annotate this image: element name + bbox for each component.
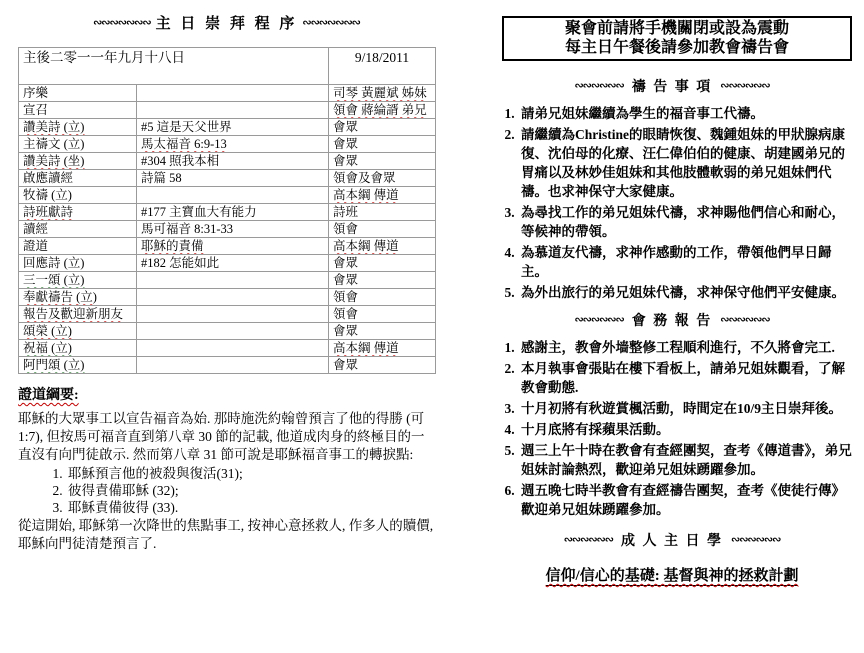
table-row: 宣召領會 蔣綸諝 弟兄: [19, 102, 436, 119]
worship-table-body: 序樂司琴 黃麗斌 姊妹宣召領會 蔣綸諝 弟兄讚美詩 (立)#5 這是天父世界會眾…: [19, 85, 436, 374]
announcement-items-list: 感謝主，教會外墙整修工程順利進行，不久將會完工.本月執事會張貼在樓下看板上，請弟…: [490, 338, 854, 519]
sermon-paragraph: 耶穌的大眾事工以宣告福音為始. 那時施洗約翰曾預言了他的得勝 (可 1:7), …: [18, 410, 435, 464]
table-cell: 馬太福音 6:9-13: [137, 136, 329, 153]
notice-line-2: 每主日午餐後請參加教會禱告會: [508, 38, 846, 57]
table-cell: 會眾: [329, 255, 436, 272]
chain-ornament-icon: ∾∾∾∾∾∾: [731, 533, 780, 546]
table-cell: [137, 357, 329, 374]
table-cell: 會眾: [329, 153, 436, 170]
table-cell: [137, 85, 329, 102]
table-cell: 會眾: [329, 119, 436, 136]
table-row: 詩班獻詩#177 主寶血大有能力詩班: [19, 204, 436, 221]
table-cell: 會眾: [329, 323, 436, 340]
table-cell: #182 怎能如此: [137, 255, 329, 272]
sunday-school-topic-underline: 信仰/信心的基礎: 基督與神的拯救計劃: [546, 568, 799, 586]
list-item: 週五晚七時半教會有查經禱告團契，查考《使徒行傳》歡迎弟兄姐妹踴躍參加。: [518, 481, 854, 519]
list-item: 感謝主，教會外墙整修工程順利進行，不久將會完工.: [518, 338, 854, 357]
list-item: 耶穌責備彼得 (33).: [66, 499, 435, 516]
table-cell: 詩班: [329, 204, 436, 221]
table-cell: 會眾: [329, 136, 436, 153]
announcements-section-title: 會 務 報 告: [632, 314, 713, 329]
table-row: 回應詩 (立)#182 怎能如此會眾: [19, 255, 436, 272]
sunday-school-topic: 信仰/信心的基礎: 基督與神的拯救計劃: [490, 564, 854, 585]
table-cell: 領會: [329, 221, 436, 238]
list-item: 十月初將有秋遊賞楓活動，時間定在10/9主日崇拜後。: [518, 399, 854, 418]
table-cell: 馬可福音 8:31-33: [137, 221, 329, 238]
worship-program-table: 主後二零一一年九月十八日 9/18/2011 序樂司琴 黃麗斌 姊妹宣召領會 蔣…: [18, 47, 436, 374]
service-date-en: 9/18/2011: [329, 48, 436, 85]
right-column: 聚會前請將手機關閉或設為震動 每主日午餐後請參加教會禱告會 ∾∾∾∾∾∾禱 告 …: [490, 12, 854, 585]
table-row: 阿門頌 (立)會眾: [19, 357, 436, 374]
left-column: ∾∾∾∾∾∾∾主 日 崇 拜 程 序∾∾∾∾∾∾∾ 主後二零一一年九月十八日 9…: [18, 12, 435, 553]
page-title: ∾∾∾∾∾∾∾主 日 崇 拜 程 序∾∾∾∾∾∾∾: [18, 12, 435, 33]
table-row: 祝福 (立)高本綱 傳道: [19, 340, 436, 357]
table-cell: [137, 340, 329, 357]
table-cell: 讚美詩 (立): [19, 119, 137, 136]
table-cell: 領會: [329, 306, 436, 323]
table-cell: [137, 187, 329, 204]
table-cell: [137, 272, 329, 289]
table-row: 牧禱 (立)高本綱 傳道: [19, 187, 436, 204]
table-cell: 序樂: [19, 85, 137, 102]
table-cell: 耶穌的責備: [137, 238, 329, 255]
table-cell: #177 主寶血大有能力: [137, 204, 329, 221]
table-row: 主禱文 (立)馬太福音 6:9-13會眾: [19, 136, 436, 153]
table-cell: 領會: [329, 289, 436, 306]
table-row: 讀經馬可福音 8:31-33領會: [19, 221, 436, 238]
table-cell: 讚美詩 (坐): [19, 153, 137, 170]
table-cell: 會眾: [329, 272, 436, 289]
table-cell: 頌榮 (立): [19, 323, 137, 340]
chain-ornament-icon: ∾∾∾∾∾∾: [564, 533, 613, 546]
table-cell: 三一頌 (立): [19, 272, 137, 289]
announcements-section-header: ∾∾∾∾∾∾會 務 報 告∾∾∾∾∾∾: [490, 310, 854, 330]
sunday-school-topic-text: 信仰/信心的基礎: 基督與神的拯救計劃: [546, 568, 799, 584]
table-row: 啟應讀經詩篇 58領會及會眾: [19, 170, 436, 187]
table-cell: 奉獻禱告 (立): [19, 289, 137, 306]
table-cell: 司琴 黃麗斌 姊妹: [329, 85, 436, 102]
table-cell: 詩篇 58: [137, 170, 329, 187]
table-cell: 回應詩 (立): [19, 255, 137, 272]
sermon-closing-paragraph: 從這開始, 耶穌第一次降世的焦點事工, 按神心意拯救人, 作多人的贖價, 耶穌向…: [18, 517, 435, 553]
chain-ornament-icon: ∾∾∾∾∾∾: [574, 79, 623, 92]
table-row: 讚美詩 (坐)#304 照我本相會眾: [19, 153, 436, 170]
list-item: 耶穌預言他的被殺與復活(31);: [66, 465, 435, 482]
table-cell: #304 照我本相: [137, 153, 329, 170]
list-item: 彼得責備耶穌 (32);: [66, 482, 435, 499]
notice-box: 聚會前請將手機關閉或設為震動 每主日午餐後請參加教會禱告會: [502, 16, 852, 61]
list-item: 為尋找工作的弟兄姐妹代禱，求神賜他們信心和耐心，等候神的帶領。: [518, 203, 854, 241]
table-cell: 領會 蔣綸諝 弟兄: [329, 102, 436, 119]
table-cell: [137, 323, 329, 340]
chain-ornament-icon: ∾∾∾∾∾∾: [720, 79, 769, 92]
table-cell: 讀經: [19, 221, 137, 238]
table-cell: 報告及歡迎新朋友: [19, 306, 137, 323]
bulletin-page: { "left": { "title": { "ornament": "∾∾∾∾…: [0, 0, 864, 653]
prayer-items-list: 請弟兄姐妹繼續為學生的福音事工代禱。請繼續為Christine的眼睛恢復、魏鍾姐…: [490, 104, 854, 302]
list-item: 十月底將有採蘋果活動。: [518, 420, 854, 439]
table-row: 讚美詩 (立)#5 這是天父世界會眾: [19, 119, 436, 136]
table-cell: 啟應讀經: [19, 170, 137, 187]
table-row: 奉獻禱告 (立)領會: [19, 289, 436, 306]
page-title-text: 主 日 崇 拜 程 序: [156, 16, 298, 32]
table-row: 報告及歡迎新朋友領會: [19, 306, 436, 323]
sermon-outline-heading-text: 證道綱要:: [18, 388, 79, 403]
notice-line-1: 聚會前請將手機關閉或設為震動: [508, 19, 846, 38]
table-cell: 證道: [19, 238, 137, 255]
prayer-section-title: 禱 告 事 項: [632, 80, 713, 95]
table-cell: 牧禱 (立): [19, 187, 137, 204]
list-item: 請繼續為Christine的眼睛恢復、魏鍾姐妹的甲狀腺病康復、沈伯母的化療、汪仁…: [518, 125, 854, 201]
table-cell: 會眾: [329, 357, 436, 374]
table-row: 頌榮 (立)會眾: [19, 323, 436, 340]
table-cell: 宣召: [19, 102, 137, 119]
chain-ornament-icon: ∾∾∾∾∾∾: [720, 313, 769, 326]
table-row: 三一頌 (立)會眾: [19, 272, 436, 289]
table-cell: 領會及會眾: [329, 170, 436, 187]
chain-ornament-icon: ∾∾∾∾∾∾∾: [93, 16, 151, 29]
table-cell: #5 這是天父世界: [137, 119, 329, 136]
table-cell: 高本綱 傳道: [329, 340, 436, 357]
table-cell: [137, 102, 329, 119]
chain-ornament-icon: ∾∾∾∾∾∾∾: [302, 16, 360, 29]
table-cell: 高本綱 傳道: [329, 187, 436, 204]
table-cell: 高本綱 傳道: [329, 238, 436, 255]
sunday-school-section-title: 成 人 主 日 學: [621, 534, 723, 549]
list-item: 為外出旅行的弟兄姐妹代禱，求神保守他們平安健康。: [518, 283, 854, 302]
table-cell: [137, 289, 329, 306]
table-row-date: 主後二零一一年九月十八日 9/18/2011: [19, 48, 436, 85]
sermon-outline-heading: 證道綱要:: [18, 384, 435, 404]
table-cell: [137, 306, 329, 323]
list-item: 本月執事會張貼在樓下看板上，請弟兄姐妹觀看，了解教會動態.: [518, 359, 854, 397]
prayer-section-header: ∾∾∾∾∾∾禱 告 事 項∾∾∾∾∾∾: [490, 76, 854, 96]
table-cell: 主禱文 (立): [19, 136, 137, 153]
table-row: 序樂司琴 黃麗斌 姊妹: [19, 85, 436, 102]
table-cell: 祝福 (立): [19, 340, 137, 357]
service-date-zh: 主後二零一一年九月十八日: [19, 48, 329, 85]
list-item: 週三上午十時在教會有查經團契，查考《傳道書》，弟兄姐妹討論熱烈，歡迎弟兄姐妹踴躍…: [518, 441, 854, 479]
table-cell: 詩班獻詩: [19, 204, 137, 221]
sermon-points-list: 耶穌預言他的被殺與復活(31);彼得責備耶穌 (32);耶穌責備彼得 (33).: [18, 465, 435, 516]
sunday-school-section-header: ∾∾∾∾∾∾成 人 主 日 學∾∾∾∾∾∾: [490, 530, 854, 550]
table-row: 證道耶穌的責備高本綱 傳道: [19, 238, 436, 255]
list-item: 請弟兄姐妹繼續為學生的福音事工代禱。: [518, 104, 854, 123]
chain-ornament-icon: ∾∾∾∾∾∾: [574, 313, 623, 326]
list-item: 為慕道友代禱，求神作感動的工作，帶領他們早日歸主。: [518, 243, 854, 281]
table-cell: 阿門頌 (立): [19, 357, 137, 374]
